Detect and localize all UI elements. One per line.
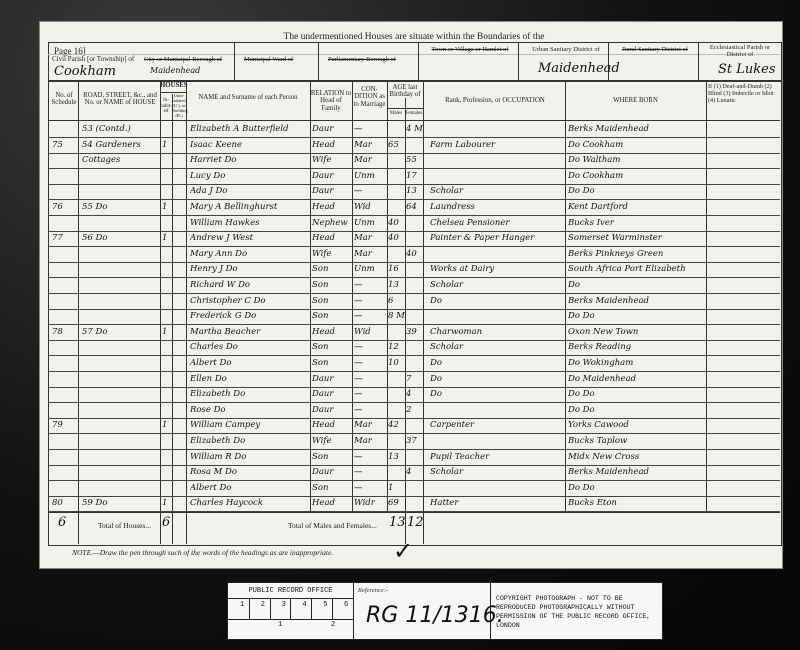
- stamp-divider: [353, 583, 354, 639]
- cell-female-age: 4: [406, 467, 423, 477]
- cell-name: William R Do: [190, 452, 308, 462]
- cell-female-age: 40: [406, 249, 423, 259]
- cell-where-born: Do Do: [568, 311, 704, 321]
- cell-road: 56 Do: [82, 233, 158, 243]
- cell-name: Mary A Bellinghurst: [190, 202, 308, 212]
- cell-name: Rosa M Do: [190, 467, 308, 477]
- header-name: NAME and Surname of each Person: [188, 94, 308, 101]
- cell-relation: Daur: [312, 186, 352, 196]
- cell-condition: Mar: [354, 420, 387, 430]
- civil-parish-label: Civil Parish [or Township] of: [52, 56, 134, 64]
- cell-condition: —: [354, 280, 387, 290]
- cell-relation: Head: [312, 233, 352, 243]
- cell-condition: Mar: [354, 140, 387, 150]
- cell-name: Elizabeth A Butterfield: [190, 124, 308, 134]
- cell-name: Harriet Do: [190, 155, 308, 165]
- cell-condition: Mar: [354, 233, 387, 243]
- cell-road: 59 Do: [82, 498, 158, 508]
- admin-divider: [698, 42, 699, 80]
- cell-relation: Daur: [312, 374, 352, 384]
- note-text: NOTE.—Draw the pen through such of the w…: [72, 548, 333, 557]
- cell-relation: Daur: [312, 389, 352, 399]
- stamp-scale-number: 5: [323, 601, 327, 609]
- table-row: Frederick G DoSon—8 MoDo Do: [48, 309, 780, 324]
- cell-condition: Wid: [354, 202, 387, 212]
- admin-divider: [48, 54, 780, 55]
- cell-name: Andrew J West: [190, 233, 308, 243]
- cell-where-born: Do Do: [568, 389, 704, 399]
- cell-where-born: South Africa Port Elizabeth: [568, 264, 704, 274]
- cell-name: Albert Do: [190, 483, 308, 493]
- cell-relation: Daur: [312, 405, 352, 415]
- table-row: 7655 Do1Mary A BellinghurstHeadWid64Laun…: [48, 200, 780, 215]
- age-subrule: [387, 108, 423, 109]
- cell-occupation: Do: [430, 389, 564, 399]
- cell-occupation: Farm Labourer: [430, 140, 564, 150]
- cell-relation: Daur: [312, 171, 352, 181]
- cell-occupation: Chelsea Pensioner: [430, 218, 564, 228]
- cell-name: Richard W Do: [190, 280, 308, 290]
- cell-male-age: 6: [388, 296, 405, 306]
- cell-road: 54 Gardeners: [82, 140, 158, 150]
- cell-condition: —: [354, 186, 387, 196]
- cell-female-age: 17: [406, 171, 423, 181]
- cell-name: Mary Ann Do: [190, 249, 308, 259]
- cell-relation: Son: [312, 264, 352, 274]
- parliamentary-borough-label: Parliamentary Borough of: [328, 56, 396, 63]
- cell-road: 55 Do: [82, 202, 158, 212]
- cell-where-born: Do Cookham: [568, 171, 704, 181]
- table-row: 7554 Gardeners1Isaac KeeneHeadMar65Farm …: [48, 138, 780, 153]
- cell-where-born: Do Do: [568, 405, 704, 415]
- cell-schedule: 76: [52, 202, 76, 212]
- table-row: Mary Ann DoWifeMar40Berks Pinkneys Green: [48, 247, 780, 262]
- header-houses: HOUSES: [160, 82, 186, 89]
- table-row: William HawkesNephewUnm40Chelsea Pension…: [48, 216, 780, 231]
- stamp-scale-tick: [249, 599, 250, 619]
- cell-condition: —: [354, 124, 387, 134]
- cell-name: Rose Do: [190, 405, 308, 415]
- cell-where-born: Berks Maidenhead: [568, 467, 704, 477]
- cell-inhabited: 1: [162, 327, 172, 337]
- cell-relation: Son: [312, 452, 352, 462]
- table-row: CottagesHarriet DoWifeMar55Do Waltham: [48, 153, 780, 168]
- cell-schedule: 80: [52, 498, 76, 508]
- cell-male-age: 12: [388, 342, 405, 352]
- table-row: Christopher C DoSon—6DoBerks Maidenhead: [48, 294, 780, 309]
- table-row: Elizabeth DoWifeMar37Bucks Taplow: [48, 434, 780, 449]
- cell-occupation: Scholar: [430, 467, 564, 477]
- total-houses-label: Total of Houses...: [98, 522, 151, 530]
- stamp-copyright: COPYRIGHT PHOTOGRAPH - NOT TO BE REPRODU…: [496, 595, 658, 631]
- check-mark: ✓: [393, 537, 413, 566]
- cell-name: Lucy Do: [190, 171, 308, 181]
- civil-parish-value: Cookham: [54, 65, 116, 78]
- cell-where-born: Do Waltham: [568, 155, 704, 165]
- table-row: Charles DoSon—12ScholarBerks Reading: [48, 340, 780, 355]
- header-schedule: No. of Schedule: [50, 92, 78, 107]
- cell-schedule: 79: [52, 420, 76, 430]
- cell-where-born: Kent Dartford: [568, 202, 704, 212]
- stamp-office: PUBLIC RECORD OFFICE: [228, 587, 353, 595]
- cell-road: 53 (Contd.): [82, 124, 158, 134]
- stamp-inch-1: 1: [278, 621, 282, 629]
- cell-male-age: 10: [388, 358, 405, 368]
- header-age: AGE last Birthday of: [387, 84, 423, 99]
- cell-occupation: Do: [430, 374, 564, 384]
- cell-male-age: 1: [388, 483, 405, 493]
- cell-where-born: Do Do: [568, 483, 704, 493]
- cell-female-age: 39: [406, 327, 423, 337]
- total-houses-inhabited: 6: [162, 516, 170, 529]
- cell-female-age: 55: [406, 155, 423, 165]
- table-row: Richard W DoSon—13ScholarDo: [48, 278, 780, 293]
- header-rule: [48, 120, 780, 121]
- cell-occupation: Carpenter: [430, 420, 564, 430]
- table-row: William R DoSon—13Pupil TeacherMidx New …: [48, 450, 780, 465]
- rural-sanitary-label: Rural Sanitary District of: [614, 46, 696, 53]
- cell-inhabited: 1: [162, 233, 172, 243]
- cell-occupation: Do: [430, 296, 564, 306]
- table-row: Albert DoSon—10DoDo Wokingham: [48, 356, 780, 371]
- cell-relation: Daur: [312, 467, 352, 477]
- cell-relation: Son: [312, 483, 352, 493]
- cell-female-age: 37: [406, 436, 423, 446]
- cell-condition: Wid: [354, 327, 387, 337]
- cell-male-age: 13: [388, 280, 405, 290]
- cell-female-age: 64: [406, 202, 423, 212]
- cell-male-age: 65: [388, 140, 405, 150]
- cell-condition: —: [354, 342, 387, 352]
- cell-female-age: 4: [406, 389, 423, 399]
- urban-sanitary-value: Maidenhead: [538, 62, 620, 75]
- cell-name: Elizabeth Do: [190, 389, 308, 399]
- total-schedules: 6: [58, 516, 66, 529]
- town-village-label: Town or Village or Hamlet of: [426, 46, 514, 53]
- ecclesiastical-parish-label: Ecclesiastical Parish or District of: [702, 44, 778, 58]
- cell-occupation: Painter & Paper Hanger: [430, 233, 564, 243]
- cell-schedule: 75: [52, 140, 76, 150]
- cell-female-age: 13: [406, 186, 423, 196]
- stamp-rule: [228, 619, 353, 620]
- cell-condition: —: [354, 374, 387, 384]
- cell-female-age: 4 Mo: [406, 124, 423, 134]
- municipal-borough-value: Maidenhead: [150, 67, 200, 75]
- cell-relation: Head: [312, 140, 352, 150]
- cell-occupation: Pupil Teacher: [430, 452, 564, 462]
- cell-condition: Mar: [354, 155, 387, 165]
- cell-condition: Mar: [354, 436, 387, 446]
- cell-relation: Wife: [312, 249, 352, 259]
- stamp-scale: 123456: [228, 599, 353, 619]
- ecclesiastical-parish-value: St Lukes: [718, 63, 776, 76]
- cell-relation: Wife: [312, 155, 352, 165]
- header-where-born: WHERE BORN: [565, 97, 706, 104]
- stamp-scale-tick: [290, 599, 291, 619]
- cell-where-born: Do Maidenhead: [568, 374, 704, 384]
- cell-name: Henry J Do: [190, 264, 308, 274]
- cell-name: Charles Do: [190, 342, 308, 352]
- total-persons-label: Total of Males and Females...: [288, 522, 377, 530]
- cell-relation: Head: [312, 327, 352, 337]
- cell-name: Charles Haycock: [190, 498, 308, 508]
- cell-condition: Unm: [354, 171, 387, 181]
- cell-name: Christopher C Do: [190, 296, 308, 306]
- stamp-scale-number: 6: [344, 601, 348, 609]
- cell-female-age: 7: [406, 374, 423, 384]
- cell-name: William Hawkes: [190, 218, 308, 228]
- table-row: 791William CampeyHeadMar42CarpenterYorks…: [48, 418, 780, 433]
- record-office-stamp: PUBLIC RECORD OFFICE 123456 1 2 Referenc…: [227, 582, 663, 640]
- cell-condition: —: [354, 483, 387, 493]
- cell-road: Cottages: [82, 155, 158, 165]
- admin-divider: [418, 42, 419, 80]
- table-row: Lucy DoDaurUnm17Do Cookham: [48, 169, 780, 184]
- table-row: Elizabeth DoDaur—4DoDo Do: [48, 387, 780, 402]
- table-row: Ellen DoDaur—7DoDo Maidenhead: [48, 372, 780, 387]
- header-infirmity: If (1) Deaf-and-Dumb (2) Blind (3) Imbec…: [708, 84, 778, 104]
- cell-relation: Head: [312, 498, 352, 508]
- admin-divider: [318, 42, 319, 80]
- cell-relation: Daur: [312, 124, 352, 134]
- census-sheet: The undermentioned Houses are situate wi…: [48, 32, 780, 568]
- admin-divider: [518, 42, 519, 80]
- total-males: 13: [389, 516, 406, 529]
- cell-where-born: Oxon New Town: [568, 327, 704, 337]
- stamp-scale-tick: [332, 599, 333, 619]
- cell-name: Albert Do: [190, 358, 308, 368]
- cell-name: Elizabeth Do: [190, 436, 308, 446]
- cell-condition: Unm: [354, 264, 387, 274]
- cell-where-born: Bucks Iver: [568, 218, 704, 228]
- cell-relation: Nephew: [312, 218, 352, 228]
- cell-condition: Unm: [354, 218, 387, 228]
- cell-male-age: 40: [388, 233, 405, 243]
- table-row: Rose DoDaur—2Do Do: [48, 403, 780, 418]
- header-road: ROAD, STREET, &c., and No. or NAME of HO…: [80, 92, 160, 107]
- table-row: 53 (Contd.)Elizabeth A ButterfieldDaur—4…: [48, 122, 780, 137]
- stamp-scale-tick: [270, 599, 271, 619]
- cell-inhabited: 1: [162, 140, 172, 150]
- cell-condition: —: [354, 358, 387, 368]
- cell-schedule: 78: [52, 327, 76, 337]
- stamp-reference: RG 11/1316.: [366, 603, 504, 628]
- cell-condition: —: [354, 311, 387, 321]
- cell-relation: Son: [312, 311, 352, 321]
- cell-where-born: Midx New Cross: [568, 452, 704, 462]
- cell-condition: —: [354, 452, 387, 462]
- cell-schedule: 77: [52, 233, 76, 243]
- cell-condition: —: [354, 405, 387, 415]
- cell-male-age: 8 Mo: [388, 311, 405, 321]
- header-uninhabited: Unin-habited (U.), or Building (B.): [172, 94, 186, 119]
- header-inhabited: In-habit-ed: [160, 98, 172, 115]
- cell-occupation: Do: [430, 358, 564, 368]
- table-row: Henry J DoSonUnm16Works at DairySouth Af…: [48, 262, 780, 277]
- cell-relation: Head: [312, 420, 352, 430]
- cell-occupation: Scholar: [430, 280, 564, 290]
- cell-relation: Son: [312, 358, 352, 368]
- header-males: Males: [387, 111, 405, 117]
- cell-relation: Son: [312, 280, 352, 290]
- municipal-ward-label: Municipal Ward of: [244, 56, 293, 63]
- cell-name: Martha Beacher: [190, 327, 308, 337]
- header-condition: CON-DITION as to Marriage: [352, 86, 387, 108]
- cell-where-born: Berks Pinkneys Green: [568, 249, 704, 259]
- cell-female-age: 2: [406, 405, 423, 415]
- cell-where-born: Berks Maidenhead: [568, 124, 704, 134]
- cell-name: Frederick G Do: [190, 311, 308, 321]
- stamp-divider: [490, 583, 491, 639]
- municipal-borough-label: City or Municipal Borough of: [144, 56, 232, 63]
- cell-condition: Mar: [354, 249, 387, 259]
- cell-occupation: Charwoman: [430, 327, 564, 337]
- row-rule: [48, 511, 780, 512]
- cell-occupation: Scholar: [430, 342, 564, 352]
- cell-condition: —: [354, 389, 387, 399]
- stamp-inch-2: 2: [331, 621, 335, 629]
- cell-where-born: Do: [568, 280, 704, 290]
- census-page: The undermentioned Houses are situate wi…: [40, 22, 782, 568]
- cell-male-age: 16: [388, 264, 405, 274]
- cell-where-born: Yorks Cawood: [568, 420, 704, 430]
- cell-inhabited: 1: [162, 420, 172, 430]
- table-row: 8059 Do1Charles HaycockHeadWidr69HatterB…: [48, 496, 780, 511]
- cell-male-age: 42: [388, 420, 405, 430]
- total-females: 12: [407, 516, 424, 529]
- admin-divider: [234, 42, 235, 80]
- cell-name: Ellen Do: [190, 374, 308, 384]
- stamp-scale-number: 2: [261, 601, 265, 609]
- cell-occupation: Hatter: [430, 498, 564, 508]
- table-row: Albert DoSon—1Do Do: [48, 481, 780, 496]
- stamp-scale-number: 4: [302, 601, 306, 609]
- cell-name: William Campey: [190, 420, 308, 430]
- table-row: Ada J DoDaur—13ScholarDo Do: [48, 184, 780, 199]
- stamp-scale-number: 1: [240, 601, 244, 609]
- urban-sanitary-label: Urban Sanitary District of: [526, 46, 606, 53]
- stamp-reference-label: Reference:-: [358, 587, 388, 594]
- header-occupation: Rank, Profession, or OCCUPATION: [425, 97, 565, 104]
- cell-occupation: Laundress: [430, 202, 564, 212]
- header-relation: RELATION to Head of Family: [310, 90, 352, 112]
- cell-inhabited: 1: [162, 498, 172, 508]
- cell-occupation: Works at Dairy: [430, 264, 564, 274]
- cell-occupation: Scholar: [430, 186, 564, 196]
- cell-condition: Widr: [354, 498, 387, 508]
- page-heading: The undermentioned Houses are situate wi…: [48, 32, 780, 42]
- cell-relation: Son: [312, 342, 352, 352]
- cell-condition: —: [354, 467, 387, 477]
- cell-condition: —: [354, 296, 387, 306]
- cell-where-born: Do Do: [568, 186, 704, 196]
- cell-where-born: Bucks Eton: [568, 498, 704, 508]
- cell-relation: Head: [312, 202, 352, 212]
- cell-relation: Wife: [312, 436, 352, 446]
- table-row: Rosa M DoDaur—4ScholarBerks Maidenhead: [48, 465, 780, 480]
- cell-where-born: Somerset Warminster: [568, 233, 704, 243]
- cell-road: 57 Do: [82, 327, 158, 337]
- table-row: 7857 Do1Martha BeacherHeadWid39Charwoman…: [48, 325, 780, 340]
- cell-where-born: Berks Maidenhead: [568, 296, 704, 306]
- stamp-scale-tick: [311, 599, 312, 619]
- cell-relation: Son: [312, 296, 352, 306]
- cell-male-age: 13: [388, 452, 405, 462]
- cell-where-born: Berks Reading: [568, 342, 704, 352]
- cell-male-age: 40: [388, 218, 405, 228]
- cell-where-born: Do Wokingham: [568, 358, 704, 368]
- cell-male-age: 69: [388, 498, 405, 508]
- cell-name: Isaac Keene: [190, 140, 308, 150]
- cell-where-born: Do Cookham: [568, 140, 704, 150]
- header-females: Females: [405, 111, 423, 117]
- cell-inhabited: 1: [162, 202, 172, 212]
- table-row: 7756 Do1Andrew J WestHeadMar40Painter & …: [48, 231, 780, 246]
- cell-name: Ada J Do: [190, 186, 308, 196]
- stamp-scale-number: 3: [282, 601, 286, 609]
- cell-where-born: Bucks Taplow: [568, 436, 704, 446]
